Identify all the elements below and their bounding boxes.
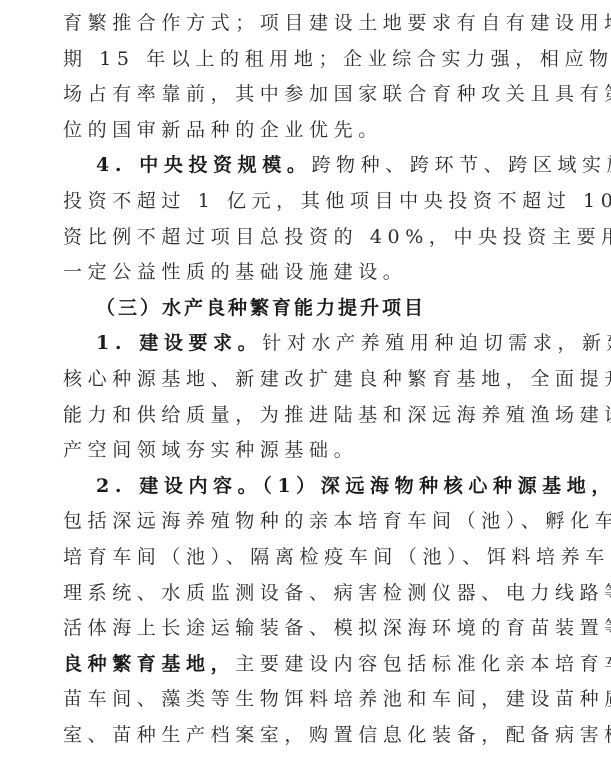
- paragraph-text: 能力和供给质量，为推进陆基和深远海养殖渔场建设，拓宽农业生: [63, 404, 611, 426]
- paragraph-text: 核心种源基地、新建改扩建良种繁育基地，全面提升水产苗种供给: [63, 368, 611, 390]
- paragraph-text: 包括深远海养殖物种的亲本培育车间（池）、孵化车间（池）、幼体: [63, 510, 611, 532]
- text-line: 资比例不超过项目总投资的 40%，中央投资主要用于项目中具有: [63, 220, 569, 256]
- text-line: 投资不超过 1 亿元，其他项目中央投资不超过 1000 万元，中央投: [63, 184, 569, 220]
- paragraph-text: 位的国审新品种的企业优先。: [63, 119, 383, 141]
- text-line: 苗车间、藻类等生物饵料培养池和车间，建设苗种质量检测实验: [63, 682, 569, 718]
- item-heading-contents: 2. 建设内容。（1）深远海物种核心种源基地，: [96, 475, 611, 497]
- item-heading-requirements: 1. 建设要求。: [96, 332, 262, 354]
- paragraph-text: 跨物种、跨环节、跨区域实施的项目中央: [311, 154, 611, 176]
- text-line: 产空间领域夯实种源基础。: [63, 433, 569, 469]
- sub-item-heading: 良种繁育基地，: [63, 653, 235, 675]
- text-line: 期 15 年以上的租用地；企业综合实力强，相应物种的苗种销售市: [63, 42, 569, 78]
- text-line: 活体海上长途运输装备、模拟深海环境的育苗装置等。（2）水产: [63, 611, 569, 647]
- text-line: 室、苗种生产档案室，购置信息化装备，配备病害检测设备、水处理: [63, 718, 569, 754]
- text-line: 培育车间（池）、隔离检疫车间（池）、饵料培养车间（池），配套水处: [63, 540, 569, 576]
- section-title: （三）水产良种繁育能力提升项目: [96, 297, 426, 319]
- paragraph-text: 培育车间（池）、隔离检疫车间（池）、饵料培养车间（池），配套水处: [63, 546, 611, 568]
- text-line: 2. 建设内容。（1）深远海物种核心种源基地，主要建设内容: [63, 469, 569, 505]
- paragraph-text: 主要建设内容包括标准化亲本培育车间、规模化育: [235, 653, 611, 675]
- item-heading-central-investment: 4. 中央投资规模。: [96, 154, 311, 176]
- paragraph-text: 育繁推合作方式；项目建设土地要求有自有建设用地或剩余租: [63, 12, 611, 34]
- text-line: 育繁推合作方式；项目建设土地要求有自有建设用地或剩余租: [63, 6, 569, 42]
- paragraph-text: 期 15 年以上的租用地；企业综合实力强，相应物种的苗种销售市: [63, 48, 611, 70]
- text-line: 4. 中央投资规模。跨物种、跨环节、跨区域实施的项目中央: [63, 148, 569, 184]
- paragraph-text: 资比例不超过项目总投资的 40%，中央投资主要用于项目中具有: [63, 226, 611, 248]
- paragraph-text: 产空间领域夯实种源基础。: [63, 439, 358, 461]
- paragraph-text: 一定公益性质的基础设施建设。: [63, 261, 407, 283]
- text-line: 良种繁育基地，主要建设内容包括标准化亲本培育车间、规模化育: [63, 647, 569, 683]
- paragraph-text: 理系统、水质监测设备、病害检测仪器、电力线路等设施，购置苗种: [63, 582, 611, 604]
- section-heading: （三）水产良种繁育能力提升项目: [63, 291, 569, 327]
- text-line: 场占有率靠前，其中参加国家联合育种攻关且具有第一完成单: [63, 77, 569, 113]
- text-line: 能力和供给质量，为推进陆基和深远海养殖渔场建设，拓宽农业生: [63, 398, 569, 434]
- paragraph-text: 苗车间、藻类等生物饵料培养池和车间，建设苗种质量检测实验: [63, 688, 611, 710]
- paragraph-text: 活体海上长途运输装备、模拟深海环境的育苗装置等。: [63, 617, 611, 639]
- text-line: 1. 建设要求。针对水产养殖用种迫切需求，新建深远海物种: [63, 326, 569, 362]
- paragraph-text: 投资不超过 1 亿元，其他项目中央投资不超过 1000 万元，中央投: [63, 190, 611, 212]
- text-line: 位的国审新品种的企业优先。: [63, 113, 569, 149]
- paragraph-text: 场占有率靠前，其中参加国家联合育种攻关且具有第一完成单: [63, 83, 611, 105]
- text-line: 包括深远海养殖物种的亲本培育车间（池）、孵化车间（池）、幼体: [63, 504, 569, 540]
- text-line: 一定公益性质的基础设施建设。: [63, 255, 569, 291]
- text-line: 理系统、水质监测设备、病害检测仪器、电力线路等设施，购置苗种: [63, 576, 569, 612]
- document-page: 育繁推合作方式；项目建设土地要求有自有建设用地或剩余租 期 15 年以上的租用地…: [63, 6, 569, 753]
- paragraph-text: 针对水产养殖用种迫切需求，新建深远海物种: [262, 332, 611, 354]
- paragraph-text: 室、苗种生产档案室，购置信息化装备，配备病害检测设备、水处理: [63, 724, 611, 746]
- text-line: 核心种源基地、新建改扩建良种繁育基地，全面提升水产苗种供给: [63, 362, 569, 398]
